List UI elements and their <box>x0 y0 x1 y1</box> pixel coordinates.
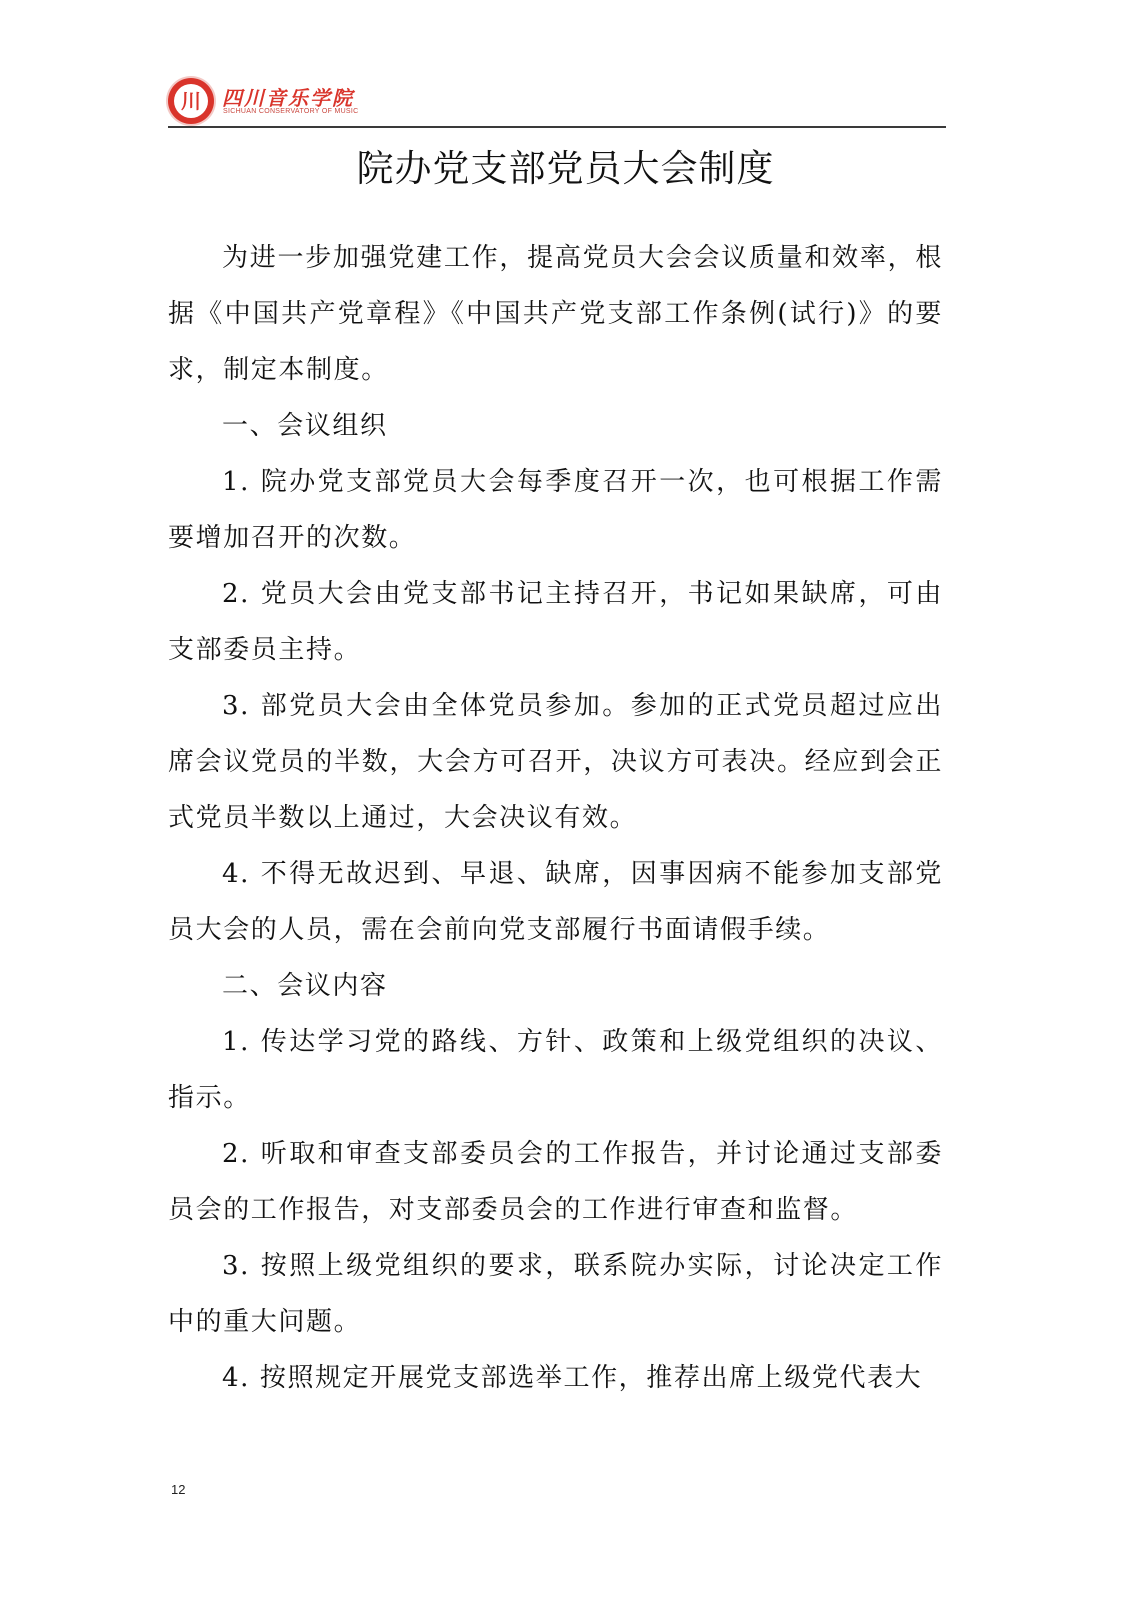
list-item: 3. 按照上级党组织的要求，联系院办实际，讨论决定工作中的重大问题。 <box>168 1238 943 1350</box>
section-heading-organization: 一、会议组织 <box>168 398 943 454</box>
school-name-english: SICHUAN CONSERVATORY OF MUSIC <box>223 108 359 115</box>
document-body: 为进一步加强党建工作，提高党员大会会议质量和效率，根据《中国共产党章程》《中国共… <box>168 230 943 1406</box>
seal-glyph: 川 <box>174 84 208 118</box>
page-number: 12 <box>171 1482 185 1497</box>
school-seal-logo-icon: 川 <box>168 78 214 124</box>
header-divider <box>168 126 946 128</box>
list-item: 4. 不得无故迟到、早退、缺席，因事因病不能参加支部党员大会的人员，需在会前向党… <box>168 846 943 958</box>
section-heading-content: 二、会议内容 <box>168 958 943 1014</box>
list-item: 1. 传达学习党的路线、方针、政策和上级党组织的决议、指示。 <box>168 1014 943 1126</box>
list-item: 4. 按照规定开展党支部选举工作，推荐出席上级党代表大 <box>168 1350 943 1406</box>
list-item: 2. 听取和审查支部委员会的工作报告，并讨论通过支部委员会的工作报告，对支部委员… <box>168 1126 943 1238</box>
document-title: 院办党支部党员大会制度 <box>0 138 1131 192</box>
page-header: 川 四川音乐学院 SICHUAN CONSERVATORY OF MUSIC <box>168 76 946 128</box>
list-item: 3. 部党员大会由全体党员参加。参加的正式党员超过应出席会议党员的半数，大会方可… <box>168 678 943 846</box>
intro-paragraph: 为进一步加强党建工作，提高党员大会会议质量和效率，根据《中国共产党章程》《中国共… <box>168 230 943 398</box>
list-item: 2. 党员大会由党支部书记主持召开，书记如果缺席，可由支部委员主持。 <box>168 566 943 678</box>
school-name-chinese: 四川音乐学院 <box>222 82 354 111</box>
list-item: 1. 院办党支部党员大会每季度召开一次，也可根据工作需要增加召开的次数。 <box>168 454 943 566</box>
